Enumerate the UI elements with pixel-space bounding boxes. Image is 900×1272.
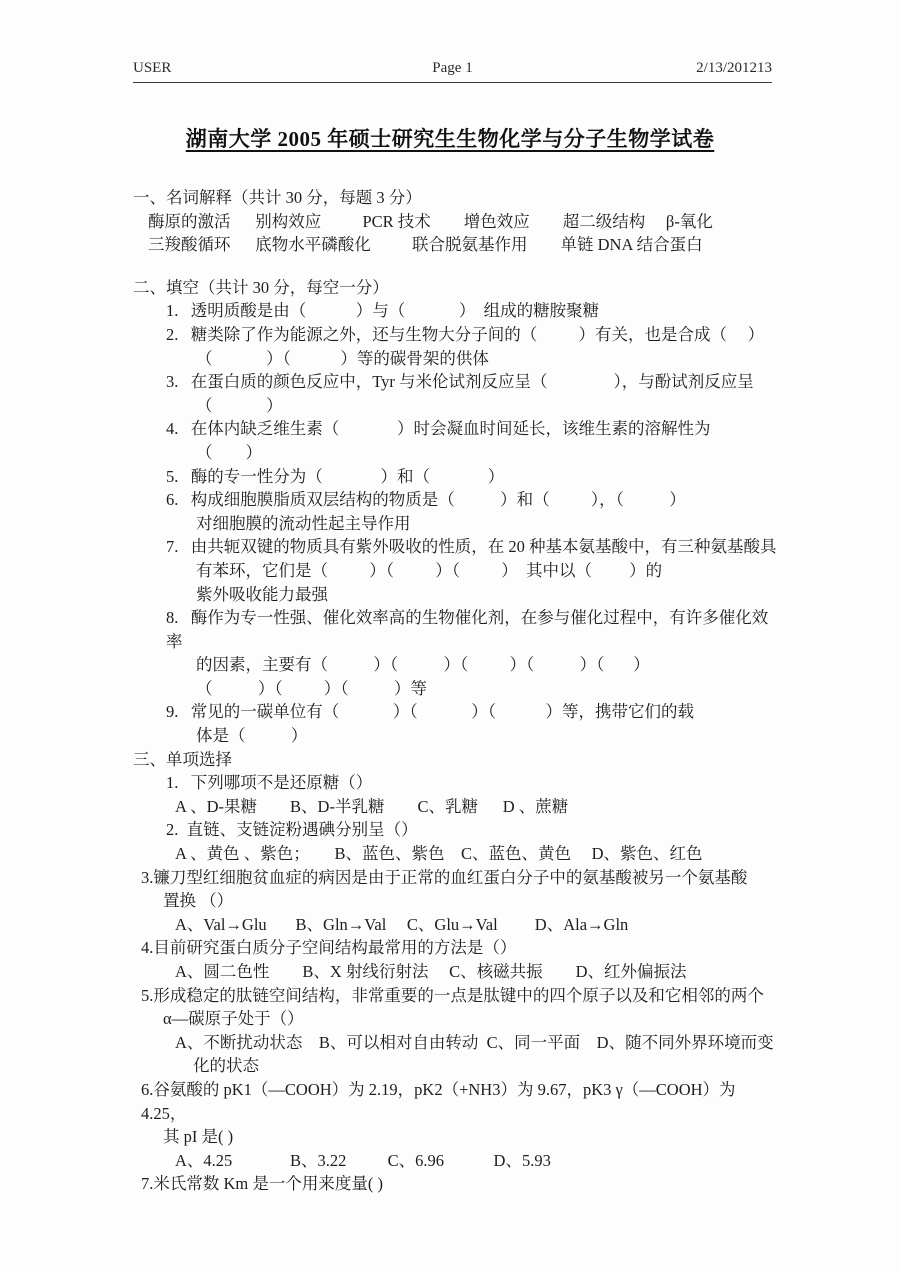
choice-options-2: A 、黄色 、紫色； B、蓝色、紫色 C、蓝色、黄色 D、紫色、红色 — [175, 842, 780, 866]
fill-blank-item-8-cont: 的因素，主要有（ ）（ ）（ ）（ ）（ ） — [196, 653, 780, 677]
fill-blank-item-5: 5. 酶的专一性分为（ ）和（ ） — [166, 465, 780, 489]
choice-options-3: A、Val→Glu B、Gln→Val C、Glu→Val D、Ala→Gln — [175, 913, 780, 937]
choice-options-5-cont: 化的状态 — [193, 1054, 780, 1078]
section1-heading: 一、名词解释（共计 30 分，每题 3 分） — [133, 186, 780, 210]
choice-options-1: A 、D-果糖 B、D-半乳糖 C、乳糖 D 、蔗糖 — [175, 795, 780, 819]
fill-blank-item-4-cont: （ ） — [196, 441, 780, 465]
fill-blank-item-7-cont: 有苯环，它们是（ ）（ ）（ ） 其中以（ ）的 — [196, 559, 780, 583]
section3-heading: 三、单项选择 — [133, 748, 780, 772]
choice-question-5: 5.形成稳定的肽链空间结构，非常重要的一点是肽键中的四个原子以及和它相邻的两个 — [141, 984, 780, 1008]
fill-blank-item-4: 4. 在体内缺乏维生素（ ）时会凝血时间延长，该维生素的溶解性为 — [166, 417, 780, 441]
header-divider — [133, 82, 772, 83]
choice-question-6: 6.谷氨酸的 pK1（—COOH）为 2.19，pK2（+NH3）为 9.67，… — [141, 1078, 780, 1125]
document-page: USER Page 1 2/13/201213 湖南大学 2005 年硕士研究生… — [0, 0, 900, 1272]
fill-blank-item-2: 2. 糖类除了作为能源之外，还与生物大分子间的（ ）有关，也是合成（ ） — [166, 323, 780, 347]
page-header: USER Page 1 2/13/201213 — [0, 0, 900, 77]
header-page-number: Page 1 — [346, 60, 559, 77]
choice-question-2: 2. 直链、支链淀粉遇碘分别呈（） — [166, 818, 780, 842]
choice-question-3-cont: 置换 （） — [163, 889, 780, 913]
fill-blank-item-7-cont: 紫外吸收能力最强 — [196, 583, 780, 607]
choice-options-4: A、圆二色性 B、X 射线衍射法 C、核磁共振 D、红外偏振法 — [175, 960, 780, 984]
fill-blank-item-9-cont: 体是（ ） — [196, 724, 780, 748]
fill-blank-item-7: 7. 由共轭双键的物质具有紫外吸收的性质，在 20 种基本氨基酸中，有三种氨基酸… — [166, 535, 780, 559]
fill-blank-item-3: 3. 在蛋白质的颜色反应中，Tyr 与米伦试剂反应呈（ ），与酚试剂反应呈 — [166, 370, 780, 394]
choice-options-5: A、不断扰动状态 B、可以相对自由转动 C、同一平面 D、随不同外界环境而变 — [175, 1031, 780, 1055]
fill-blank-item-9: 9. 常见的一碳单位有（ ）（ ）（ ）等，携带它们的载 — [166, 700, 780, 724]
choice-question-3: 3.镰刀型红细胞贫血症的病因是由于正常的血红蛋白分子中的氨基酸被另一个氨基酸 — [141, 866, 780, 890]
fill-blank-item-8-cont: （ ）（ ）（ ）等 — [196, 677, 780, 701]
terms-row: 三羧酸循环 底物水平磷酸化 联合脱氨基作用 单链 DNA 结合蛋白 — [148, 233, 780, 257]
choice-question-7: 7.米氏常数 Km 是一个用来度量( ) — [141, 1172, 780, 1196]
exam-body: 一、名词解释（共计 30 分，每题 3 分） 酶原的激活 别构效应 PCR 技术… — [0, 186, 900, 1196]
header-date: 2/13/201213 — [559, 60, 772, 77]
fill-blank-item-2-cont: （ ）（ ）等的碳骨架的供体 — [196, 347, 780, 371]
terms-row: 酶原的激活 别构效应 PCR 技术 增色效应 超二级结构 β-氧化 — [148, 210, 780, 234]
section2-heading: 二、填空（共计 30 分，每空一分） — [133, 276, 780, 300]
fill-blank-item-3-cont: （ ） — [196, 394, 780, 418]
choice-options-6: A、4.25 B、3.22 C、6.96 D、5.93 — [175, 1149, 780, 1173]
choice-question-6-cont: 其 pI 是( ) — [163, 1125, 780, 1149]
fill-blank-item-8: 8. 酶作为专一性强、催化效率高的生物催化剂，在参与催化过程中，有许多催化效率 — [166, 606, 780, 653]
choice-question-5-cont: α—碳原子处于（） — [163, 1007, 780, 1031]
choice-question-1: 1. 下列哪项不是还原糖（） — [166, 771, 780, 795]
header-username: USER — [133, 60, 346, 77]
choice-question-4: 4.目前研究蛋白质分子空间结构最常用的方法是（） — [141, 936, 780, 960]
fill-blank-item-1: 1. 透明质酸是由（ ）与（ ） 组成的糖胺聚糖 — [166, 299, 780, 323]
exam-title: 湖南大学 2005 年硕士研究生生物化学与分子生物学试卷 — [60, 123, 840, 153]
fill-blank-item-6-cont: 对细胞膜的流动性起主导作用 — [196, 512, 780, 536]
fill-blank-item-6: 6. 构成细胞膜脂质双层结构的物质是（ ）和（ ），（ ） — [166, 488, 780, 512]
